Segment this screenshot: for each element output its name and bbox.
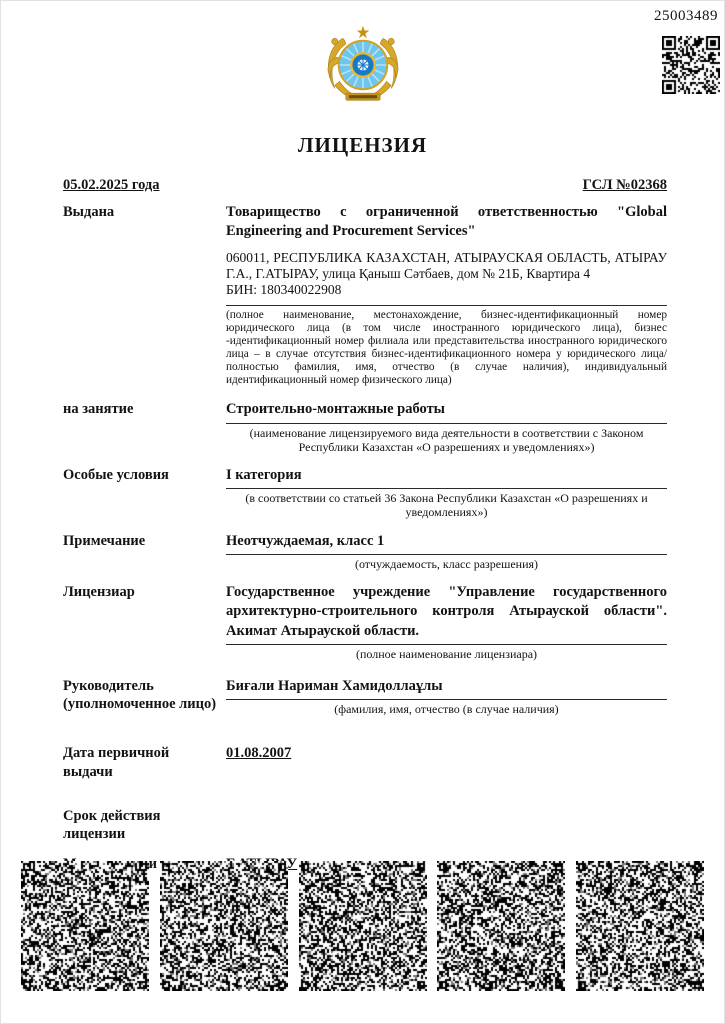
field-remark: Примечание Неотчуждаемая, класс 1 (отчуж… bbox=[63, 532, 667, 571]
licensor-value: Государственное учреждение "Управление г… bbox=[226, 583, 667, 645]
document-number: 25003489 bbox=[654, 8, 718, 25]
emblem-container bbox=[1, 1, 724, 112]
field-first-issue-date: Дата первичной выдачи 01.08.2007 bbox=[63, 744, 667, 780]
remark-value: Неотчуждаемая, класс 1 bbox=[226, 532, 667, 555]
licensee-name: Товарищество с ограниченной ответственно… bbox=[226, 203, 667, 242]
license-number: ГСЛ №02368 bbox=[583, 177, 667, 194]
head-note: (фамилия, имя, отчество (в случае наличи… bbox=[232, 700, 662, 716]
field-activity: на занятие Строительно-монтажные работы … bbox=[63, 400, 667, 454]
issue-date: 05.02.2025 года bbox=[63, 177, 160, 194]
barcode-block bbox=[160, 861, 288, 991]
field-label: Выдана bbox=[63, 203, 226, 221]
special-conditions-note: (в соответствии со статьей 36 Закона Рес… bbox=[232, 489, 662, 519]
field-label: на занятие bbox=[63, 400, 226, 418]
activity-note: (наименование лицензируемого вида деятел… bbox=[232, 424, 662, 454]
field-licensor: Лицензиар Государственное учреждение "Уп… bbox=[63, 583, 667, 661]
field-label: Дата первичной выдачи bbox=[63, 744, 226, 780]
field-head: Руководитель (уполномоченное лицо) Биғал… bbox=[63, 677, 667, 716]
first-issue-date-value: 01.08.2007 bbox=[226, 745, 291, 761]
field-label: Особые условия bbox=[63, 466, 226, 484]
head-value: Биғали Нариман Хамидоллаұлы bbox=[226, 677, 667, 700]
licensee-bin: БИН: 180340022908 bbox=[226, 282, 667, 298]
barcode-block bbox=[437, 861, 565, 991]
barcode-block bbox=[299, 861, 427, 991]
field-label: Руководитель (уполномоченное лицо) bbox=[63, 677, 226, 713]
special-conditions-value: I категория bbox=[226, 466, 667, 489]
document-body: 05.02.2025 года ГСЛ №02368 Выдана Товари… bbox=[63, 177, 667, 873]
field-issued-to: Выдана Товарищество с ограниченной ответ… bbox=[63, 203, 667, 386]
field-label: Срок действия лицензии bbox=[63, 807, 226, 843]
field-label: Лицензиар bbox=[63, 583, 226, 601]
emblem-star bbox=[356, 26, 369, 39]
barcode-block bbox=[576, 861, 704, 991]
field-special-conditions: Особые условия I категория (в соответств… bbox=[63, 466, 667, 520]
field-label: Примечание bbox=[63, 532, 226, 550]
activity-value: Строительно-монтажные работы bbox=[226, 400, 667, 423]
field-validity: Срок действия лицензии bbox=[63, 807, 667, 843]
date-number-row: 05.02.2025 года ГСЛ №02368 bbox=[63, 177, 667, 194]
issued-to-fineprint: (полное наименование, местонахождение, б… bbox=[226, 309, 667, 386]
license-document-page: 25003489 bbox=[0, 0, 725, 1024]
page-title: ЛИЦЕНЗИЯ bbox=[1, 133, 724, 158]
barcode-block bbox=[21, 861, 149, 991]
barcode-strip bbox=[21, 861, 704, 991]
qr-code bbox=[662, 36, 720, 94]
licensee-address: 060011, РЕСПУБЛИКА КАЗАХСТАН, АТЫРАУСКАЯ… bbox=[226, 250, 667, 282]
remark-note: (отчуждаемость, класс разрешения) bbox=[232, 555, 662, 571]
licensor-note: (полное наименование лицензиара) bbox=[232, 645, 662, 661]
kazakhstan-emblem-icon bbox=[316, 23, 410, 107]
